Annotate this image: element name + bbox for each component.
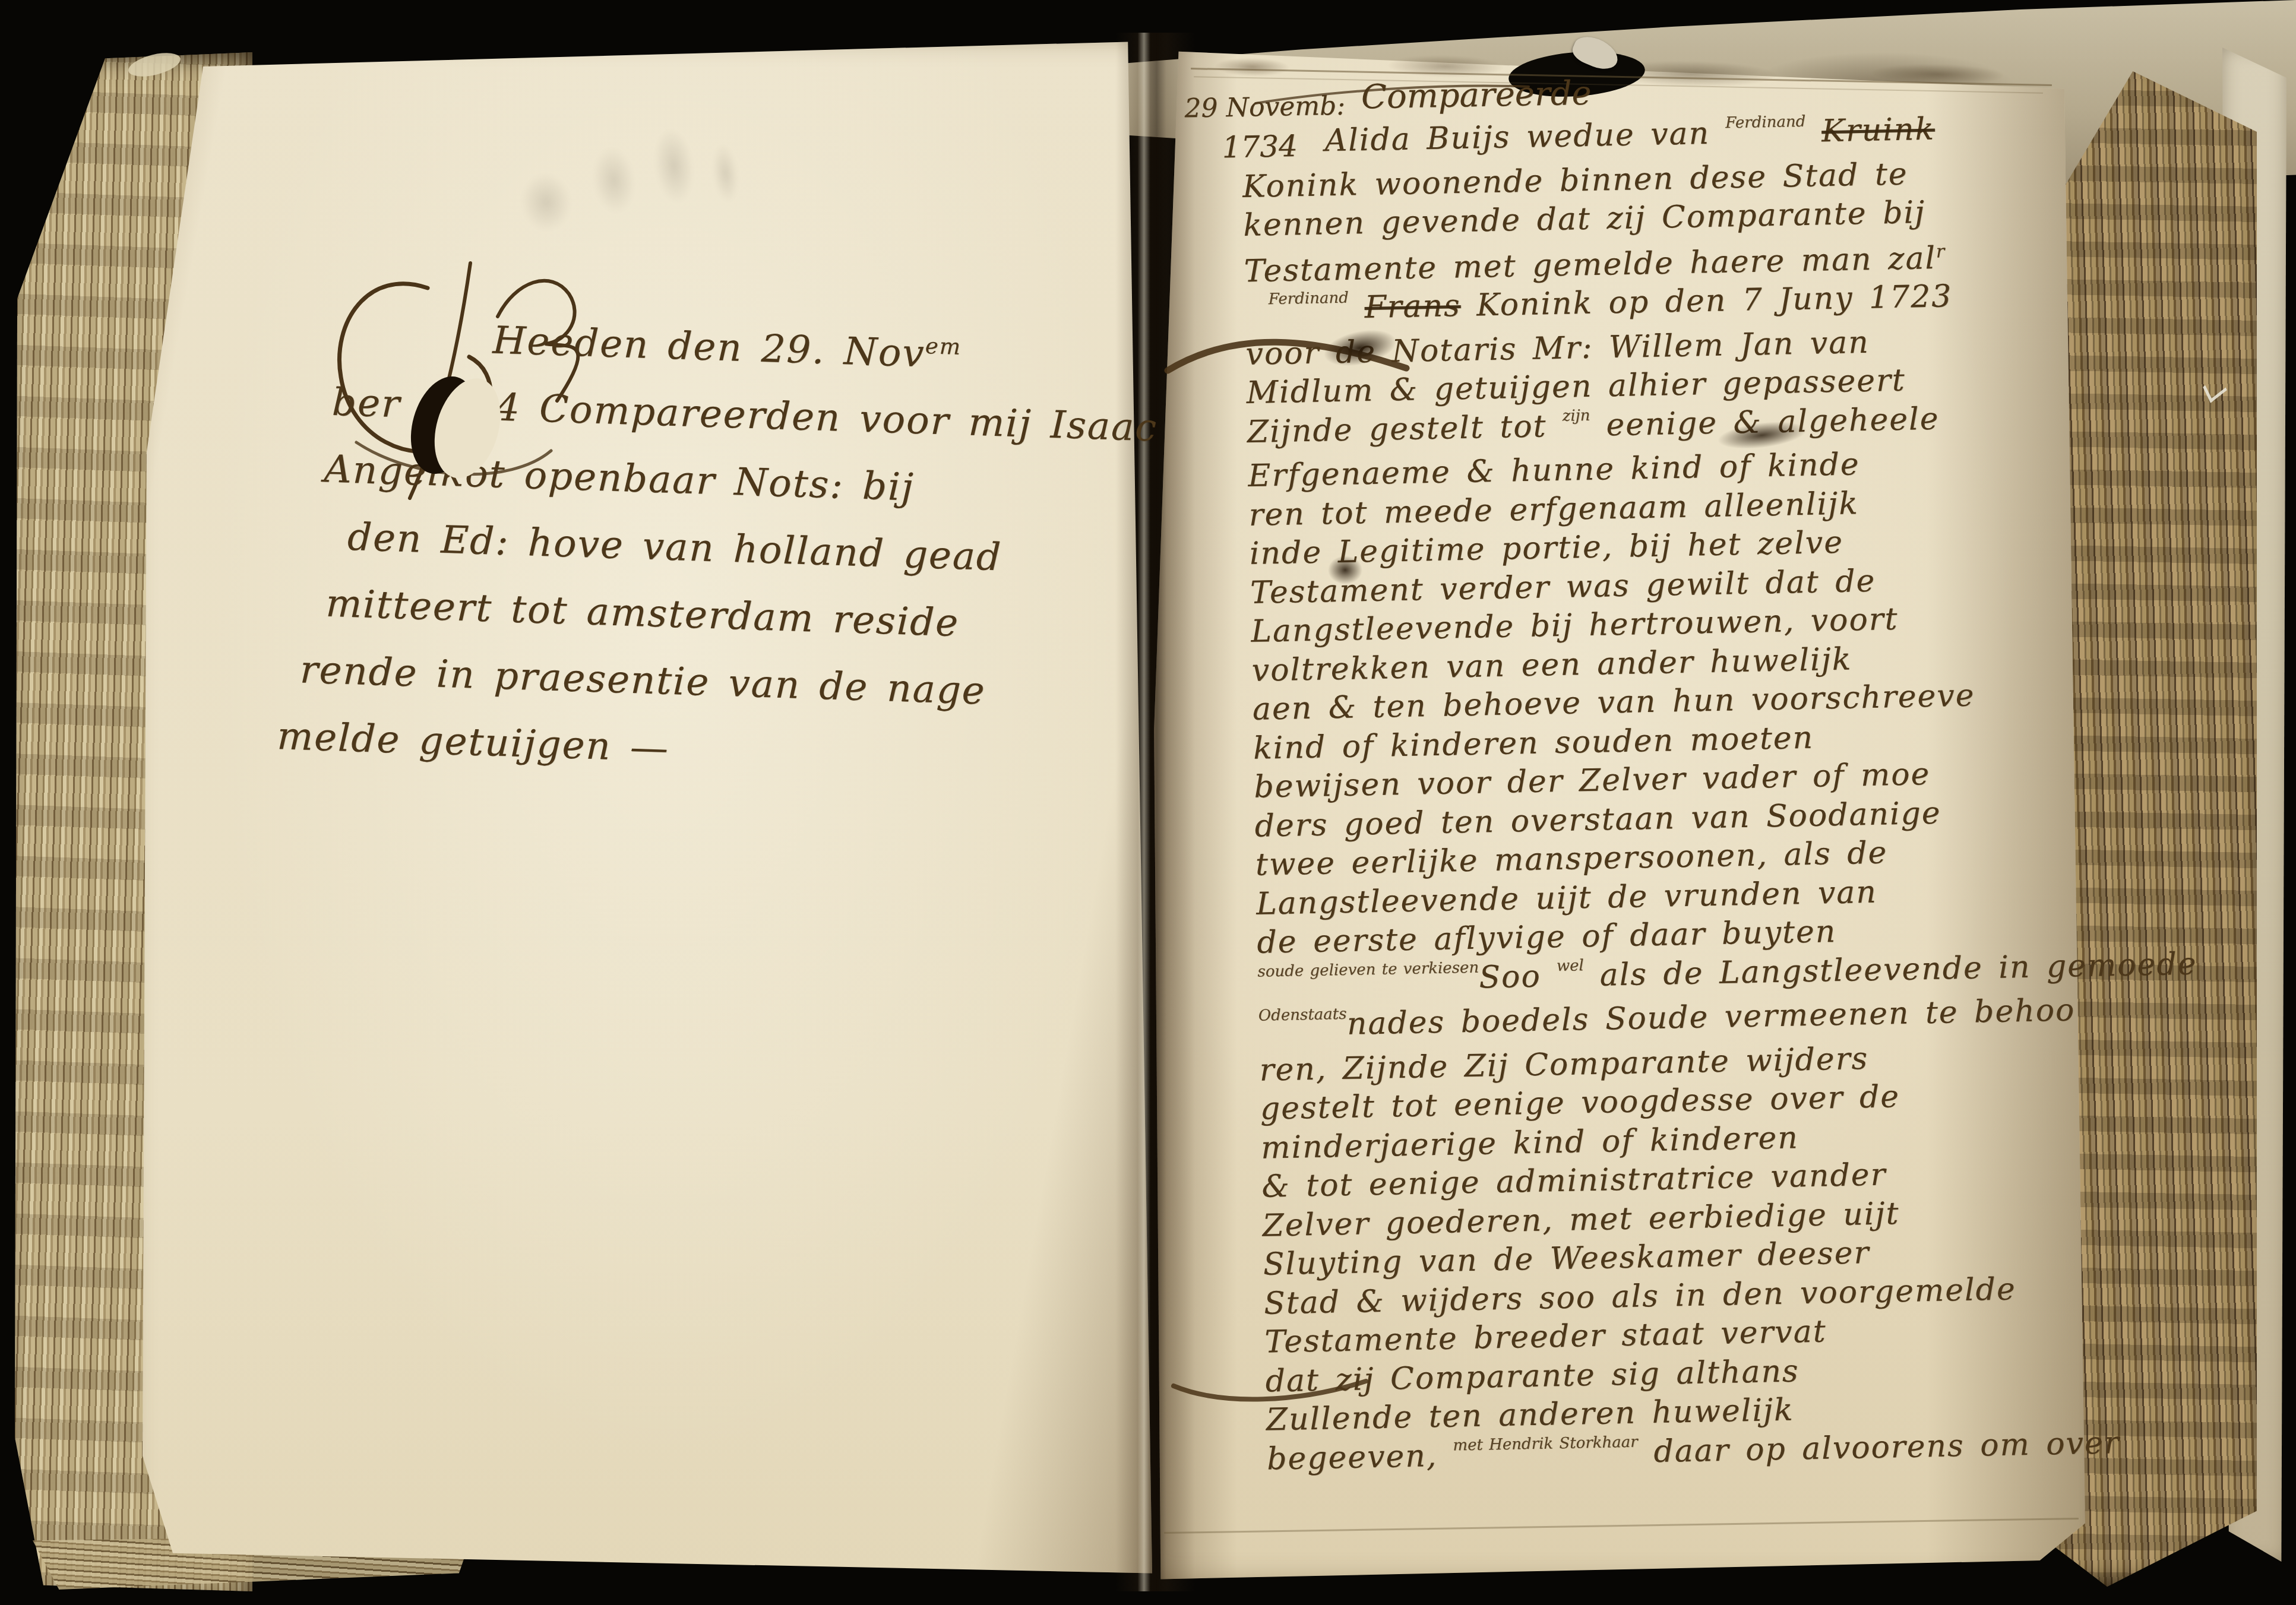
- left-page: [143, 36, 1152, 1579]
- manuscript-photo: Heeden den 29. November 1734 Compareerde…: [0, 0, 2296, 1605]
- right-page-text-block: Alida Buijs wedue van Ferdinand KruinkKo…: [1241, 107, 2111, 1484]
- ink-blot: [1328, 556, 1362, 584]
- left-page-text-block: Heeden den 29. November 1734 Compareerde…: [324, 294, 1128, 797]
- entry-heading: Compareerde: [1361, 74, 1592, 117]
